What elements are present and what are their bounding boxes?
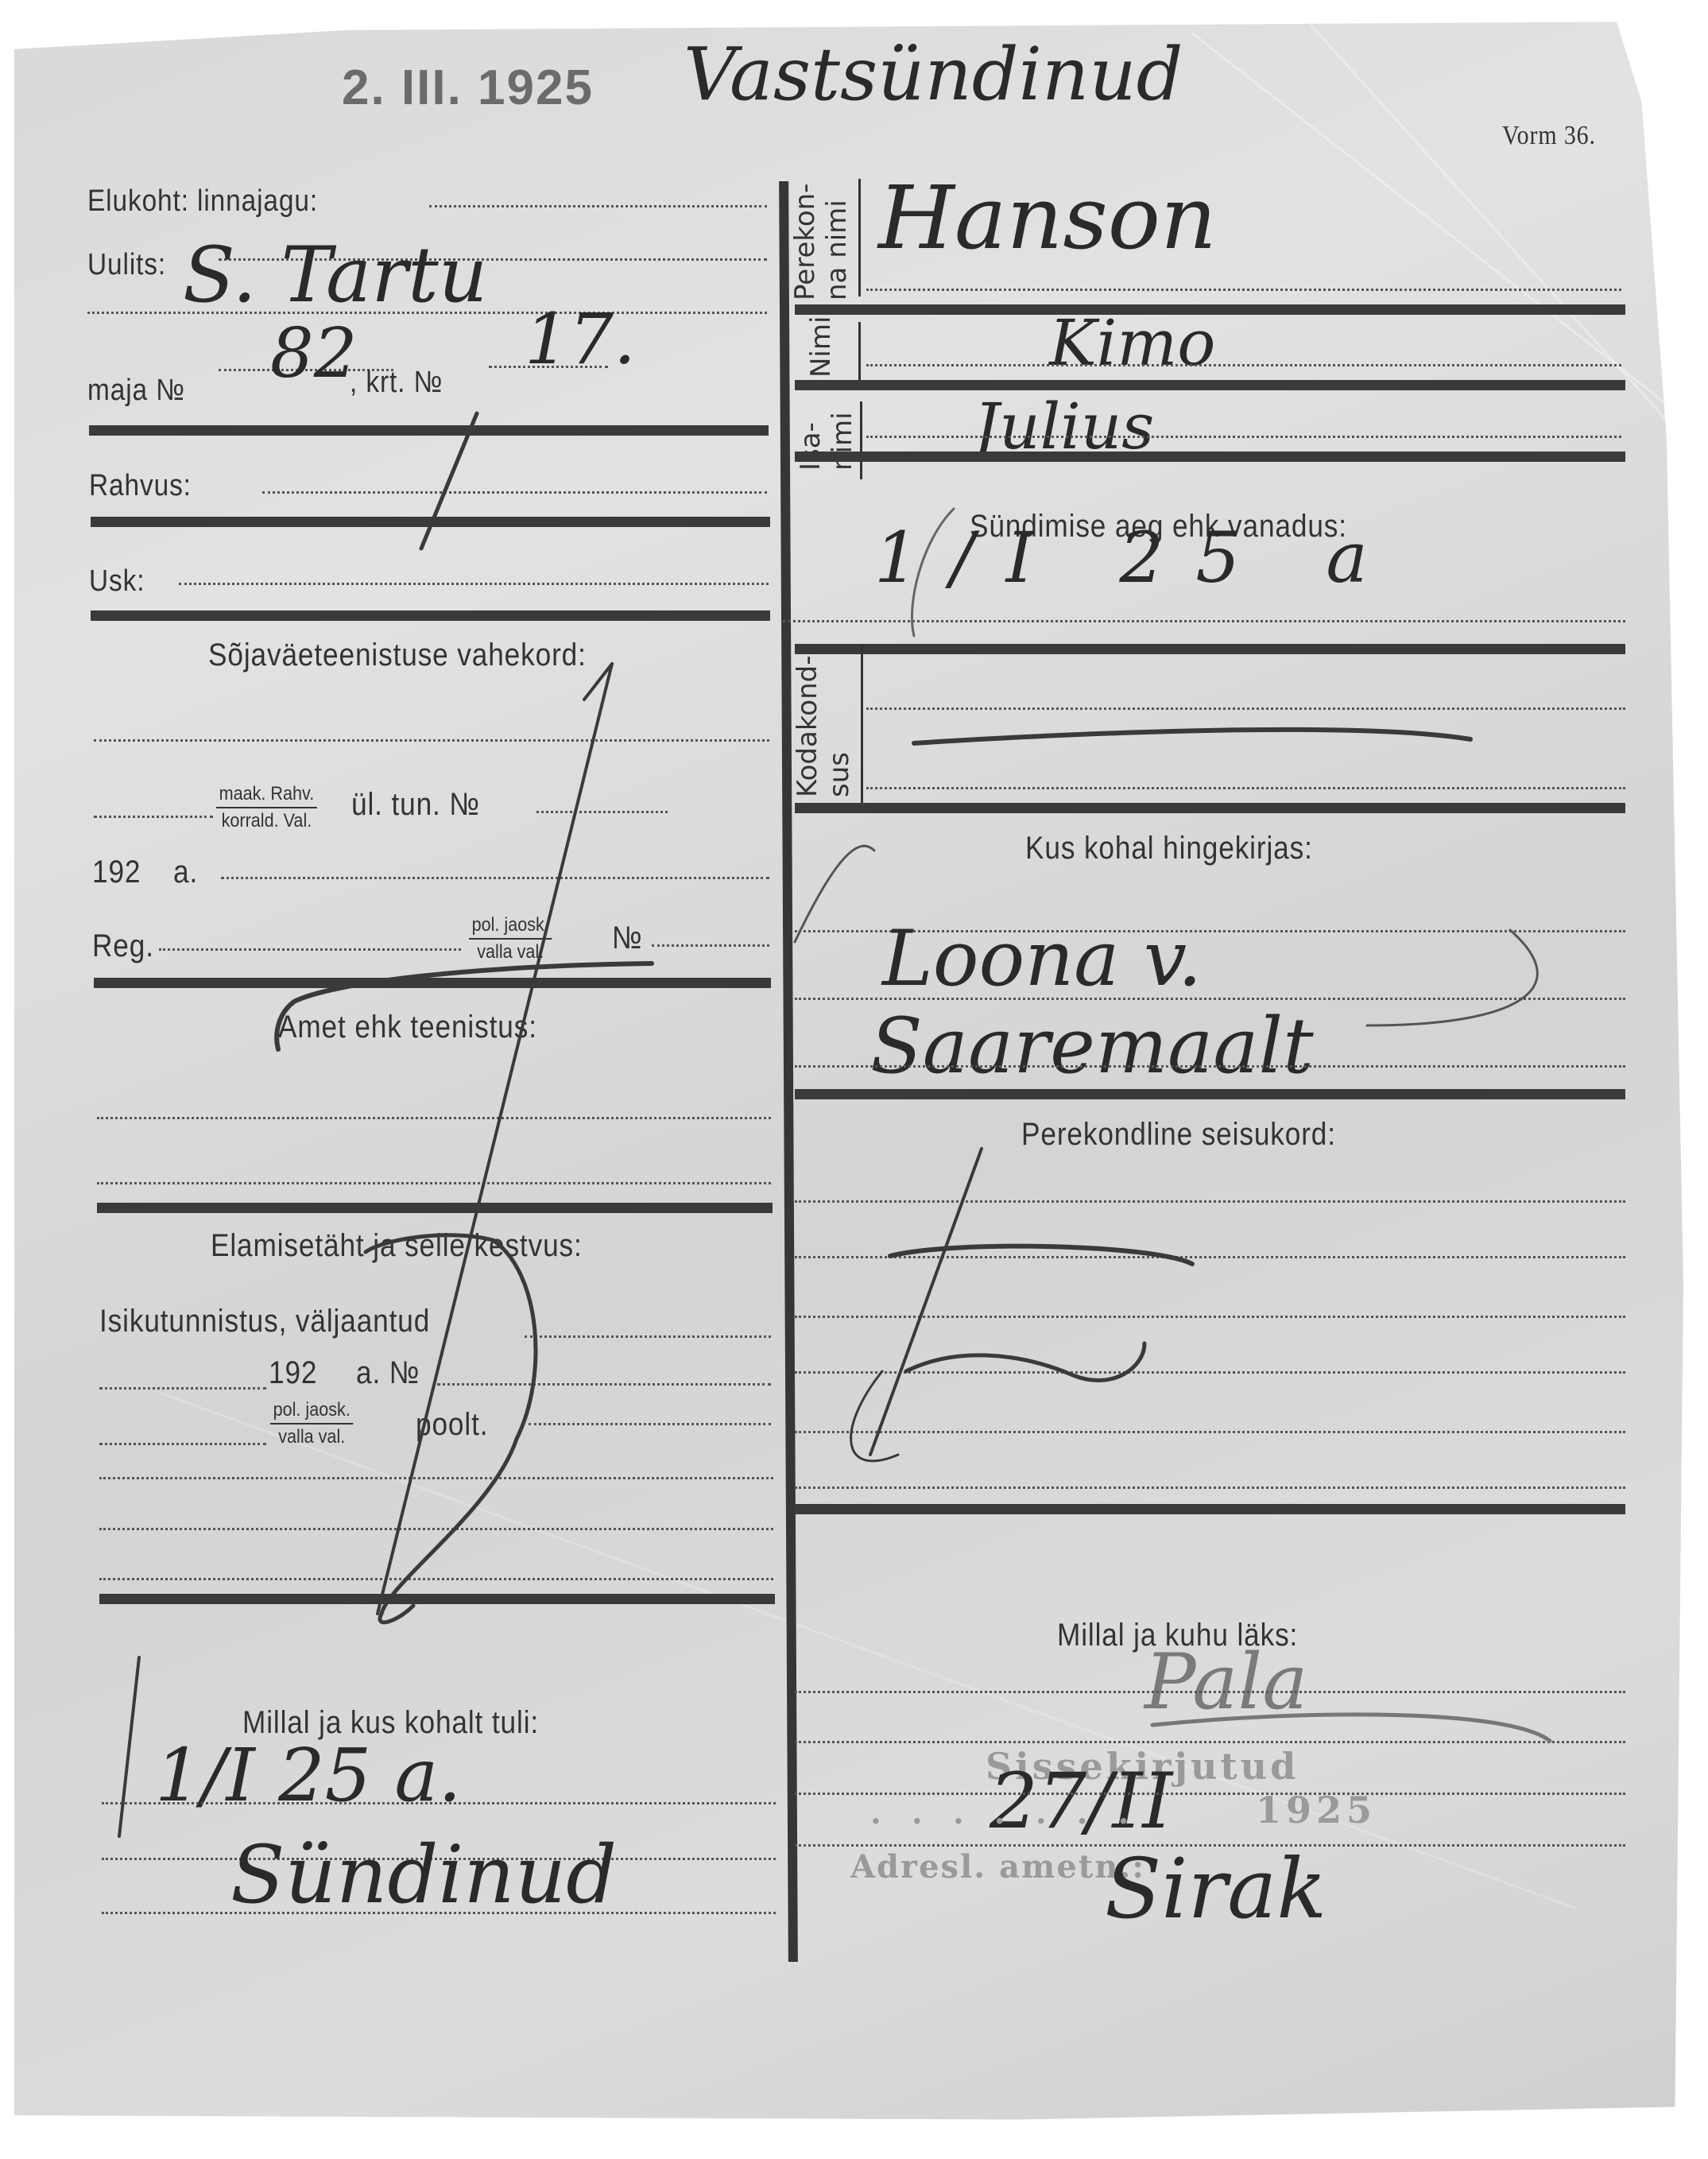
house-value: 82 [270, 314, 357, 393]
field-military-county[interactable] [94, 816, 213, 818]
field-military[interactable] [94, 739, 769, 742]
field-marital-line4[interactable] [795, 1371, 1625, 1374]
field-marital[interactable] [795, 1200, 1625, 1203]
label-district: Elukoht: linnajagu: [87, 184, 318, 219]
label-nationality: Rahvus: [89, 469, 192, 503]
fraction-bottom: korrald. Val. [216, 808, 317, 832]
field-surname[interactable] [866, 289, 1621, 291]
field-reg-number[interactable] [652, 944, 769, 947]
form-number: Vorm 36. [1502, 121, 1596, 151]
field-marital-line3[interactable] [795, 1316, 1625, 1318]
label-apartment: , krt. № [350, 366, 443, 400]
label-street: Uulits: [87, 248, 166, 282]
apartment-value: 17. [525, 298, 636, 380]
field-id-day[interactable] [99, 1387, 266, 1390]
field-first-name[interactable] [866, 364, 1621, 366]
label-reg: Reg. [92, 928, 154, 964]
field-citizenship-line2[interactable] [866, 787, 1625, 789]
section-rule [795, 1504, 1625, 1514]
field-parish-line2[interactable] [795, 998, 1625, 1000]
label-divider [861, 644, 863, 807]
surname-value: Hanson [878, 167, 1217, 269]
label-divider [858, 322, 861, 384]
label-reg-number: № [612, 921, 643, 956]
heading-occupation: Amet ehk teenistus: [278, 1010, 537, 1045]
label-divider [860, 401, 862, 479]
section-rule [795, 644, 1625, 654]
field-departure-line3[interactable] [795, 1793, 1625, 1795]
field-id-number[interactable] [437, 1383, 771, 1386]
arrival-date-value: 1/I 25 a. [155, 1733, 462, 1818]
field-departure[interactable] [795, 1691, 1625, 1693]
fraction-top: maak. Rahv. [216, 783, 317, 808]
field-id-extra[interactable] [99, 1477, 773, 1479]
label-patronymic-line1: Isa- [795, 422, 827, 471]
label-surname-line1: Perekon- [789, 184, 821, 300]
field-nationality[interactable] [262, 491, 767, 494]
stamp-dots: ······· [870, 1803, 1159, 1840]
arrival-place-value: Sündinud [230, 1828, 617, 1921]
label-year-suffix: a. [173, 855, 198, 890]
reg-fraction: pol. jaosk. valla val. [469, 914, 552, 963]
label-id-year-suffix: a. № [356, 1355, 420, 1391]
section-rule [795, 452, 1625, 462]
section-rule [99, 1594, 775, 1604]
field-departure-line2[interactable] [795, 1741, 1625, 1743]
label-id-by: poolt. [416, 1407, 488, 1443]
field-id-extra2[interactable] [99, 1528, 773, 1530]
stamp-year: 1925 [1256, 1789, 1377, 1831]
date-stamp: 2. III. 1925 [342, 60, 594, 116]
field-id-by[interactable] [529, 1423, 771, 1425]
field-parish-line3[interactable] [795, 1065, 1625, 1068]
id-authority-fraction: pol. jaosk. valla val. [270, 1399, 353, 1448]
fraction-top: pol. jaosk. [469, 914, 552, 940]
fraction-bottom: valla val. [270, 1424, 353, 1448]
field-street-line2[interactable] [87, 312, 767, 314]
section-rule [94, 978, 771, 988]
label-marital: Perekondline seisukord: [1021, 1117, 1336, 1153]
label-citizenship-line2: sus [823, 752, 855, 797]
field-occupation-line2[interactable] [97, 1182, 771, 1184]
field-birth[interactable] [783, 620, 1625, 622]
section-rule [91, 610, 770, 621]
stamp-official: Adresl. ametn.: [850, 1848, 1145, 1886]
label-surname: Perekon-na nimi [789, 184, 853, 300]
section-rule [97, 1203, 773, 1213]
official-signature: Sirak [1105, 1840, 1327, 1937]
field-marital-line2[interactable] [795, 1256, 1625, 1258]
military-office-fraction: maak. Rahv. korrald. Val. [216, 783, 317, 832]
field-occupation[interactable] [97, 1117, 771, 1119]
field-religion[interactable] [179, 583, 769, 585]
label-divider [858, 179, 861, 297]
section-rule [795, 1089, 1625, 1099]
field-id-authority[interactable] [99, 1443, 266, 1445]
field-certificate-number[interactable] [536, 811, 668, 813]
heading-handwritten: Vastsündinud [684, 32, 1183, 117]
street-value: S. Tartu [183, 231, 487, 320]
label-certificate: ül. tun. № [351, 787, 480, 823]
field-arrival[interactable] [102, 1802, 776, 1804]
heading-military: Sõjaväeteenistuse vahekord: [208, 638, 587, 673]
label-first-name: Nimi [805, 316, 837, 378]
field-district[interactable] [429, 205, 767, 207]
fraction-top: pol. jaosk. [270, 1399, 353, 1424]
field-id-issued[interactable] [525, 1335, 771, 1338]
label-year-prefix: 192 [92, 855, 141, 890]
first-name-value: Kimo [1049, 306, 1215, 380]
field-id-extra3[interactable] [99, 1578, 773, 1580]
label-house: maja № [87, 374, 185, 408]
field-marital-line5[interactable] [795, 1431, 1625, 1433]
label-citizenship-line1: Kodakond- [792, 656, 823, 798]
label-id-issued: Isikutunnistus, väljaantud [99, 1304, 430, 1339]
field-arrival-line3[interactable] [102, 1912, 776, 1914]
field-citizenship[interactable] [866, 707, 1625, 710]
fraction-bottom: valla val. [469, 940, 552, 963]
label-parish: Kus kohal hingekirjas: [1025, 831, 1313, 866]
label-citizenship: Kodakond-sus [792, 656, 855, 798]
section-rule [795, 803, 1625, 813]
birth-value: 1/I 25 a [874, 517, 1400, 599]
label-id-year-prefix: 192 [269, 1355, 317, 1391]
field-patronymic[interactable] [866, 436, 1621, 438]
label-religion: Usk: [89, 564, 145, 599]
section-rule [89, 425, 769, 436]
parish-value-line2: Saaremaalt [870, 1002, 1314, 1091]
section-rule [91, 517, 770, 527]
heading-residence-permit: Elamisetäht ja selle kestvus: [211, 1228, 583, 1264]
field-reg[interactable] [159, 948, 461, 951]
parish-value-line1: Loona v. [882, 914, 1202, 1003]
label-surname-line2: na nimi [821, 200, 853, 300]
field-marital-line6[interactable] [795, 1486, 1625, 1489]
section-rule [795, 380, 1625, 390]
field-military-year[interactable] [221, 877, 769, 879]
departure-value: Pala [1144, 1638, 1307, 1727]
